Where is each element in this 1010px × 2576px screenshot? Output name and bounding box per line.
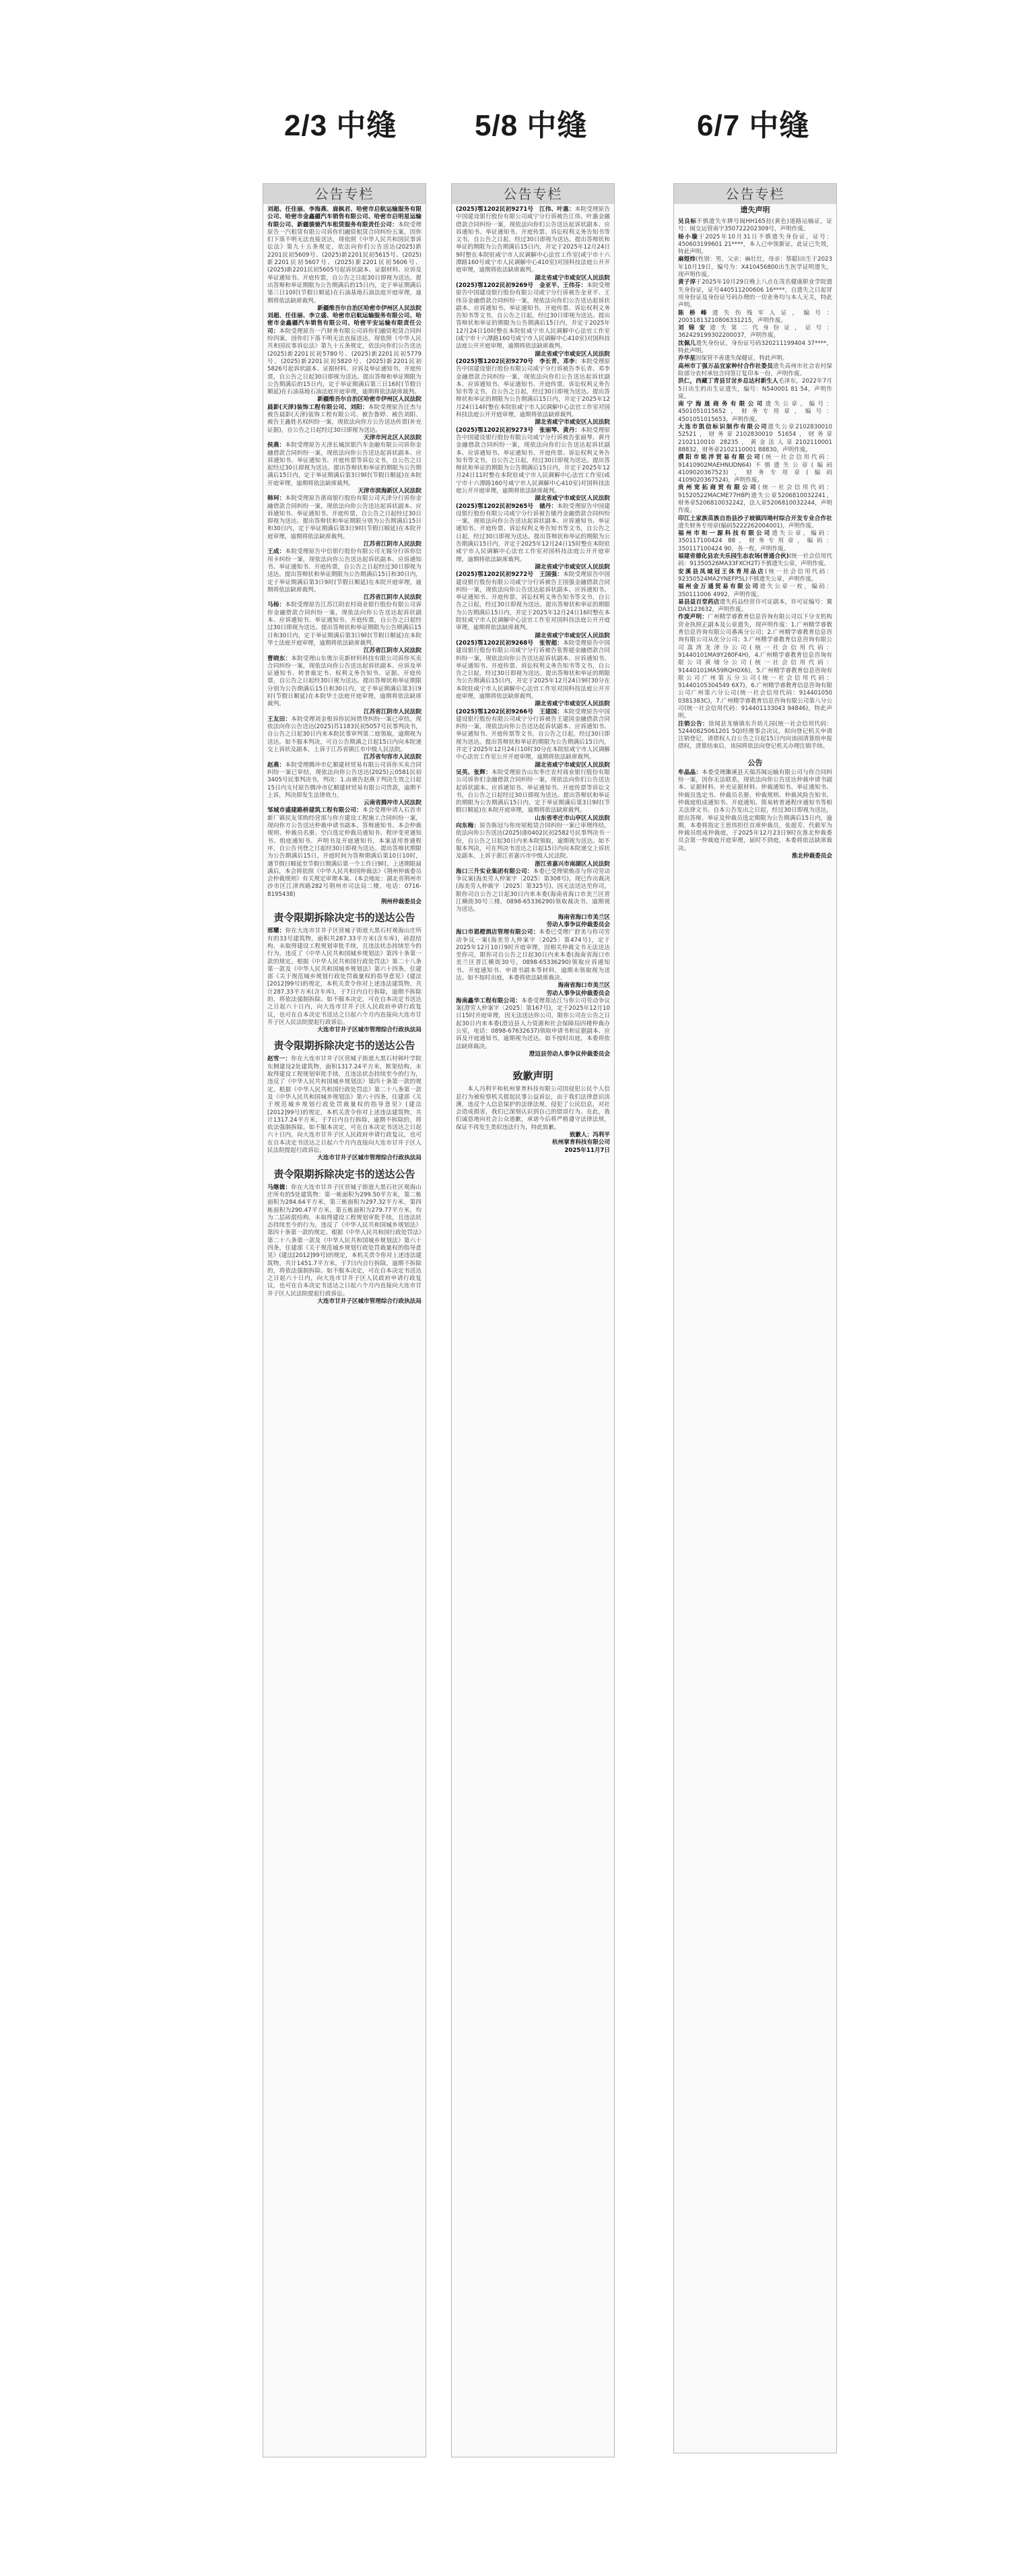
notice-addressee: 吴英、张辉： — [456, 769, 492, 776]
notice-text: 本院受理原告中国建设银行股份有限公司咸宁分行诉被告张智超金融借款合同纠纷一案，现… — [456, 640, 610, 700]
column-header: 公告专栏 — [674, 184, 836, 204]
notice-item: 责令限期拆除决定书的送达公告赵雪一：你在大连市甘井子区营城子街道大黑石村韩叶学院… — [267, 1037, 422, 1162]
notice-signature: 浙江省嘉兴市南湖区人民法院 — [456, 861, 610, 868]
notice-addressee: 晨影(天津)装饰工程有限公司、刘阳： — [267, 404, 368, 411]
notice-signature: 湖北省咸宁市咸安区人民法院 — [456, 564, 610, 571]
notice-addressee: 安溪县凤城冠王体育用品店 — [678, 569, 765, 575]
notice-signature: 澄迈县劳动人事争议仲裁委员会 — [456, 1051, 610, 1058]
notice-addressee: 黄子淳 — [678, 279, 696, 286]
notice-item: 马杨：本院受理原告江苏江阴农村商业银行股份有限公司诉你金融借款合同纠纷一案，现依… — [267, 602, 422, 655]
notice-item: 洪仁，西藏丁青县甘岔乡总达村新生人毛泽东，2022年7月5日出生的出生证遗失，编… — [678, 378, 832, 401]
notice-item: 刘锦安遗失第二代身份证，证号：362429199302200037，声明作废。 — [678, 325, 832, 340]
notice-item: 韩珂：本院受理原告浙商银行股份有限公司天津分行诉你金融借款合同纠纷一案，现依法向… — [267, 495, 422, 548]
notice-addressee: 注销公告： — [678, 721, 708, 728]
notice-signature: 湖北省咸宁市咸安区人民法院 — [456, 633, 610, 640]
notice-item: 向东梅：原告陈冠与你房屋租赁合同纠纷一案已审理终结，依法向你公告送达(2025)… — [456, 823, 610, 868]
notice-signature: 天津市滨海新区人民法院 — [267, 488, 422, 495]
notice-addressee: 赵雪一： — [267, 1056, 291, 1062]
lost-statement-title: 遗失声明 — [674, 204, 836, 216]
notice-signature: 山东省枣庄市山亭区人民法院 — [456, 815, 610, 823]
notice-text: 本院受理原告中国建设银行股份有限公司咸宁分行诉被告储丹金融借款合同纠纷一案，现依… — [456, 503, 610, 563]
notice-text: 你在大连市甘井子区营城子街道大黑石社区观海山庄所有的5处建筑物：第一栋面积为29… — [267, 1184, 422, 1297]
notice-item: 晨影(天津)装饰工程有限公司、刘阳：本院受理原告汪杰与被告晨影(天津)装饰工程有… — [267, 404, 422, 442]
notice-addressee: 杨小璇 — [678, 234, 698, 240]
notice-item: 海口三升实业集团有限公司：本委已受理梁焕彦与你司劳动争议案(海美劳人仲案字〔20… — [456, 868, 610, 929]
column-body: 刘超、任佳丽、李海燕、鹿枫君、哈密市启航运输服务有限公司、哈密市金鑫疆汽车销售有… — [263, 204, 426, 1310]
notice-addressee: 吴良标 — [678, 218, 696, 225]
notice-item: 陈桥峰遗失伤残军人证，编号：20031813210806331215，声明作废。 — [678, 310, 832, 325]
column-title-5-8: 5/8 中缝 — [475, 101, 587, 144]
notice-item: 吴英、张辉：本院受理原告山东枣庄农村商业银行股份有限公司诉你们金融借款合同纠纷一… — [456, 769, 610, 823]
notice-addressee: 南宁海晟商务有限公司 — [678, 401, 766, 408]
notice-text: 本会受理申请人石首市新厂镇民友邻购经营部与你方建设工程施工合同纠纷一案，现向你方… — [267, 807, 422, 897]
notice-text: 本院受理原告天津长城滨银汽车金融有限公司诉你金融借款合同纠纷一案，现依法向你公告… — [267, 442, 422, 486]
notice-addressee: 王友田： — [267, 716, 291, 723]
notice-addressee: 濮阳市铭泮贸易有限公司 — [678, 454, 762, 461]
column-title-2-3: 2/3 中缝 — [284, 101, 397, 144]
notice-item: 高州市丁强万品宜家种付合作社委员遗失高州市社会农村保险部分农村承包合同签订复印本… — [678, 363, 832, 379]
notice-text: 本委受理濉溪县天瑞苏闽运输有限公司与你合同纠纷一案，因你无法联系，现依法向你公告… — [678, 769, 832, 852]
column-body: (2025)鄂1202民初9271号 江伟、叶惠：本院受理原告中国建设银行股份有… — [452, 204, 614, 1062]
notice-item: 黄子淳于2025年10月29日晚上八点在茂名健康职业学院遗失身份证，证号4405… — [678, 279, 832, 309]
notice-signature: 大连市甘井子区城市管理综合行政执法局 — [267, 1027, 422, 1034]
notice-text: (性别：男，父亲：麻壮壮，母亲：蔡聪)出生于2023年10月19日，编号为：X4… — [678, 256, 832, 278]
notice-addressee: (2025)鄂1202民初9270号 李长青、邓李： — [456, 358, 580, 365]
notice-signature: 云南省腾冲市人民法院 — [267, 800, 422, 807]
notice-column-left: 公告专栏 刘超、任佳丽、李海燕、鹿枫君、哈密市启航运输服务有限公司、哈密市金鑫疆… — [263, 183, 426, 2457]
notice-addressee: 福建省德化县农夫乐园生态农场(普通合伙) — [678, 553, 789, 560]
notice-addressee: 福州金万通贸易有限公司 — [678, 583, 760, 590]
notice-text: 本委已受理广舒美与你司劳动争议一案(海美劳人仲案字〔2025〕第474号)，定于… — [456, 929, 610, 981]
notice-text: 不慎遗失车牌号闽HH165挂(黄色)道路运输证，证号：闽交运管南字3507222… — [678, 218, 832, 232]
notice-item: 吴良标不慎遗失车牌号闽HH165挂(黄色)道路运输证，证号：闽交运管南字3507… — [678, 218, 832, 234]
notice-text: 你在大连市甘井子区营城子街道大黑石村观海山庄所有的33号建筑物，面积共287.3… — [267, 928, 422, 1026]
notice-item: 濮阳市铭泮贸易有限公司(统一社会信用代码：91410902MAEHNUDN64)… — [678, 454, 832, 484]
column-body: 吴良标不慎遗失车牌号闽HH165挂(黄色)道路运输证，证号：闽交运管南字3507… — [674, 216, 836, 755]
notice-text: 遗失身份证，身份证号码320211199404 37****，特此声明。 — [678, 340, 832, 354]
notice-section-title: 责令限期拆除决定书的送达公告 — [267, 1165, 422, 1183]
notice-signature: 新疆维吾尔自治区哈密市伊州区人民法院 — [267, 305, 422, 313]
notice-item: 安溪县凤城冠王体育用品店(统一社会信用代码：92350524MA2YNEFP5L… — [678, 569, 832, 584]
notice-addressee: 麻煜炜 — [678, 256, 696, 263]
notice-addressee: 邹城市盛建路桥建筑工程有限公司： — [267, 807, 362, 814]
notice-signature: 荆州仲裁委员会 — [267, 899, 422, 906]
notice-text: 本委受理郑达江与你公司劳动争议案(澄劳人仲案字〔2025〕第167号)，定于20… — [456, 998, 610, 1050]
apology-text: 本人冯利平和杭州掌育科技有限公司因侵犯公民个人信息行为被检察机关提起民事公益诉讼… — [456, 1086, 610, 1132]
apology-statement: 致歉声明 本人冯利平和杭州掌育科技有限公司因侵犯公民个人信息行为被检察机关提起民… — [452, 1062, 614, 1159]
notice-item: 大连市凯信标识制作有限公司遗失公章2102830010 52521，财务章210… — [678, 424, 832, 454]
notice-addressee: 作废声明： — [678, 614, 708, 620]
notice-addressee: 马继德： — [267, 1184, 291, 1191]
notice-section-title: 责令限期拆除决定书的送达公告 — [267, 1037, 422, 1054]
apology-title: 致歉声明 — [456, 1067, 610, 1085]
notice-addressee: 海南鑫华工程有限公司： — [456, 998, 521, 1004]
notice-addressee: 赵燕： — [267, 762, 285, 769]
notice-addressee: 印江土家族苗族自治县沙子坡镇四坳村综合开发专业合作社 — [678, 515, 832, 522]
apology-date: 2025年11月7日 — [456, 1147, 610, 1155]
column-title-6-7: 6/7 中缝 — [697, 101, 809, 144]
column-header: 公告专栏 — [263, 184, 426, 204]
notice-item: 南宁海晟商务有限公司遗失公章，编号：4501051015652，财务专用章，编号… — [678, 401, 832, 424]
notice-text: 本院受理原告中国建设银行股份有限公司咸宁分行诉被告王建国金融借款合同纠纷一案，现… — [456, 709, 610, 761]
notice-signature: 江苏省江阴市人民法院 — [267, 709, 422, 716]
notice-item: (2025)鄂1202民初9273号 张丽琴、黄丹：本院受理原告中国建设银行股份… — [456, 427, 610, 503]
notice-item: 刘超、任佳丽、李海燕、鹿枫君、哈密市启航运输服务有限公司、哈密市金鑫疆汽车销售有… — [267, 206, 422, 313]
notice-item: 注销公告：徐闻县龙塘镇东升幼儿园(统一社会信用代码：52440825061201… — [678, 721, 832, 751]
notice-signature: 淮北仲裁委员会 — [678, 853, 832, 860]
notice-signature: 江苏省江阴市人民法院 — [267, 541, 422, 548]
notice-item: (2025)鄂1202民初9270号 李长青、邓李：本院受理原告中国建设银行股份… — [456, 358, 610, 427]
notice-signature: 湖北省咸宁市咸安区人民法院 — [456, 701, 610, 708]
notice-column-right: 公告专栏 遗失声明 吴良标不慎遗失车牌号闽HH165挂(黄色)道路运输证，证号：… — [673, 183, 837, 2453]
notice-addressee: 乔华星 — [678, 355, 696, 362]
notice-addressee: 陈桥峰 — [678, 310, 712, 317]
notice-signature: 大连市甘井子区城市管理综合行政执法局 — [267, 1155, 422, 1162]
notice-addressee: (2025)鄂1202民初9273号 张丽琴、黄丹： — [456, 427, 580, 434]
notice-signature: 天津市河北区人民法院 — [267, 434, 422, 442]
notice-item: (2025)鄂1202民初9269号 金亚平、王伟芬：本院受理原告中国建设银行股… — [456, 282, 610, 358]
notice-addressee: (2025)鄂1202民初9268号 张智超： — [456, 640, 563, 647]
notice-addressee: 马杨： — [267, 602, 285, 608]
notice-addressee: 大连市凯信标识制作有限公司 — [678, 424, 768, 430]
notice-signature: 海南省海口市美兰区 劳动人事争议仲裁委员会 — [456, 982, 610, 998]
notice-addressee: (2025)鄂1202民初9266号 王建国： — [456, 709, 563, 715]
notice-text: 本院受理原告中国建设银行股份有限公司咸宁分行诉被告张丽琴、黄丹金融借款合同纠纷一… — [456, 427, 610, 494]
notice-addressee: 海口市恩橙酒店管理有限公司： — [456, 929, 539, 936]
notice-item: (2025)鄂1202民初9266号 王建国：本院受理原告中国建设银行股份有限公… — [456, 709, 610, 769]
notice-text: 本院受理原告中国建设银行股份有限公司咸宁分行诉被告李长青、邓李金融借款合同纠纷一… — [456, 358, 610, 418]
notice-addressee: 贵州宽拓商贸有限公司 — [678, 484, 758, 491]
notice-text: 本院受理刘金根诉你民间借贷纠纷一案已审结，现依法向你公告送达(2025)苏118… — [267, 716, 422, 753]
notice-text: 于2025年10月31日不慎遗失身份证，证号：450603199601 21**… — [678, 234, 832, 256]
notice-item: (2025)鄂1202民初9265号 储丹：本院受理原告中国建设银行股份有限公司… — [456, 503, 610, 572]
notice-item: 易县益百堂药店遗失药品经营许可证副本，许可证编号：冀DA3123632，声明作废… — [678, 599, 832, 614]
notice-item: 福建省德化县农夫乐园生态农场(普通合伙)(统一社会信用代码：91350526MA… — [678, 553, 832, 569]
notice-addressee: 高州市丁强万品宜家种付合作社委员 — [678, 363, 773, 370]
notice-text: 原告陈冠与你房屋租赁合同纠纷一案已审理终结，依法向你公告送达(2025)浙040… — [456, 823, 610, 860]
notice-item: 王友田：本院受理刘金根诉你民间借贷纠纷一案已审结，现依法向你公告送达(2025)… — [267, 716, 422, 762]
apology-signer: 致歉人：冯利平 — [456, 1132, 610, 1139]
notice-signature: 江苏省句容市人民法院 — [267, 754, 422, 761]
notice-text: 本院受理原告中国建设银行股份有限公司咸宁分行诉被告王国强金融借款合同纠纷一案，现… — [456, 571, 610, 631]
notice-title: 公告 — [678, 757, 832, 769]
notice-text: 本院受理原告中国建设银行股份有限公司咸宁分行诉被告金亚平、王伟芬金融借款合同纠纷… — [456, 282, 610, 350]
notice-text: 于2025年10月29日晚上八点在茂名健康职业学院遗失身份证，证号4405112… — [678, 279, 832, 309]
notice-item: 侯燕：本院受理原告天津长城滨银汽车金融有限公司诉你金融借款合同纠纷一案，现依法向… — [267, 442, 422, 495]
notice-text: 广州精学睿教育信息咨询有限公司以下分支机构营业执照正副本及公章遗失，现声明作废：… — [678, 614, 832, 719]
notice-column-middle: 公告专栏 (2025)鄂1202民初9271号 江伟、叶惠：本院受理原告中国建设… — [451, 183, 615, 2457]
notice-signature: 海南省海口市美兰区 劳动人事争议仲裁委员会 — [456, 914, 610, 930]
notice-addressee: (2025)鄂1202民初9265号 储丹： — [456, 503, 557, 510]
notice-addressee: 韩珂： — [267, 495, 285, 502]
notice-item: 曹晓东：本院受理山东奥尔克新材料科技有限公司诉你买卖合同纠纷一案，现依法向你公告… — [267, 655, 422, 716]
notice-text: 本院受理原告中国建设银行股份有限公司咸宁分行诉被告江伟、叶惠金融借款合同纠纷一案… — [456, 206, 610, 273]
arbitration-notice: 公告 牟晶晶：本委受理濉溪县天瑞苏闽运输有限公司与你合同纠纷一案，因你无法联系，… — [674, 755, 836, 865]
notice-addressee: 邢耀： — [267, 928, 285, 934]
notice-item: (2025)鄂1202民初9271号 江伟、叶惠：本院受理原告中国建设银行股份有… — [456, 206, 610, 282]
notice-item: 海南鑫华工程有限公司：本委受理郑达江与你公司劳动争议案(澄劳人仲案字〔2025〕… — [456, 998, 610, 1058]
notice-signature: 湖北省咸宁市咸安区人民法院 — [456, 275, 610, 282]
notice-signature: 湖北省咸宁市咸安区人民法院 — [456, 419, 610, 426]
notice-item: 刘超、任佳丽、李立盛、哈密市启航运输服务有限公司、哈密市金鑫疆汽车销售有限公司、… — [267, 313, 422, 404]
notice-section-title: 责令限期拆除决定书的送达公告 — [267, 909, 422, 926]
notice-item: 贵州宽拓商贸有限公司(统一社会信用代码：91520522MACME77H8P)遗… — [678, 484, 832, 515]
notice-signature: 新疆维吾尔自治区哈密市伊州区人民法院 — [267, 396, 422, 404]
notice-item: 赵燕：本院受理腾冲市亿顺建材贸易有限公司诉你买卖合同纠纷一案已审结，现依法向你公… — [267, 762, 422, 808]
notice-addressee: 洪仁，西藏丁青县甘岔乡总达村新生人 — [678, 378, 778, 385]
notice-addressee: 刘锦安 — [678, 325, 710, 331]
notice-text: 本院受理原告中信银行股份有限公司无锡分行诉你信用卡纠纷一案，现依法向你公告送达起… — [267, 548, 422, 593]
notice-addressee: 海口三升实业集团有限公司： — [456, 868, 533, 875]
notice-item: 乔华星因保管不善遗失保健证，特此声明。 — [678, 355, 832, 362]
notice-addressee: 向东梅： — [456, 823, 479, 829]
notice-signature: 湖北省咸宁市咸安区人民法院 — [456, 762, 610, 769]
notice-text: 本院受理原告一汽财务有限公司诉你们融资租赁合同纠纷四案，因你们下落不明无法直接送… — [267, 328, 422, 395]
notice-item: 印江土家族苗族自治县沙子坡镇四坳村综合开发专业合作社遗失财务专用章(编码5222… — [678, 515, 832, 531]
notice-signature: 大连市甘井子区城市管理综合行政执法局 — [267, 1298, 422, 1306]
notice-signature: 湖北省咸宁市咸安区人民法院 — [456, 495, 610, 503]
notice-item: 责令限期拆除决定书的送达公告马继德：你在大连市甘井子区营城子街道大黑石社区观海山… — [267, 1165, 422, 1306]
notice-text: 因保管不善遗失保健证，特此声明。 — [696, 355, 788, 362]
apology-company: 杭州掌育科技有限公司 — [456, 1139, 610, 1147]
notice-text: 本院受理原告一汽租赁有限公司诉你们融资租赁合同纠纷五案，因你们下落不明无法直接送… — [267, 222, 422, 304]
notice-item: (2025)鄂1202民初9272号 王国强：本院受理原告中国建设银行股份有限公… — [456, 571, 610, 640]
notice-signature: 江苏省江阴市人民法院 — [267, 647, 422, 655]
notice-item: 福州市和一源科技有限公司遗失公章，编码：350117100424 88，财务专用… — [678, 530, 832, 553]
notice-item: 福州金万通贸易有限公司遗失公章一枚，编码：350111006 4992，声明作废… — [678, 583, 832, 599]
notice-text: 遗失财务专用章(编码5222262004001)，声明作废。 — [678, 523, 817, 529]
column-header: 公告专栏 — [452, 184, 614, 204]
notice-signature: 江苏省江阴市人民法院 — [267, 594, 422, 602]
notice-item: 沈佩儿遗失身份证，身份证号码320211199404 37****，特此声明。 — [678, 340, 832, 356]
notice-addressee: (2025)鄂1202民初9272号 王国强： — [456, 571, 563, 578]
notice-item: (2025)鄂1202民初9268号 张智超：本院受理原告中国建设银行股份有限公… — [456, 640, 610, 709]
notice-addressee: 易县益百堂药店 — [678, 599, 720, 606]
notice-addressee: 王成： — [267, 548, 285, 555]
notice-item: 海口市恩橙酒店管理有限公司：本委已受理广舒美与你司劳动争议一案(海美劳人仲案字〔… — [456, 929, 610, 998]
notice-text: 本院受理原告江苏江阴农村商业银行股份有限公司诉你金融借款合同纠纷一案，现依法向你… — [267, 602, 422, 646]
notice-item: 杨小璇于2025年10月31日不慎遗失身份证，证号：450603199601 2… — [678, 234, 832, 257]
notice-addressee: (2025)鄂1202民初9269号 金亚平、王伟芬： — [456, 282, 586, 289]
notice-addressee: 侯燕： — [267, 442, 285, 449]
notice-addressee: (2025)鄂1202民初9271号 江伟、叶惠： — [456, 206, 575, 213]
notice-addressee: 福州市和一源科技有限公司 — [678, 530, 772, 537]
notice-text: 本院受理原告浙商银行股份有限公司天津分行诉你金融借款合同纠纷一案，现依法向你公告… — [267, 495, 422, 540]
notice-item: 责令限期拆除决定书的送达公告邢耀：你在大连市甘井子区营城子街道大黑石村观海山庄所… — [267, 909, 422, 1034]
notice-signature: 湖北省咸宁市咸安区人民法院 — [456, 351, 610, 358]
notice-text: 本院受理山东奥尔克新材料科技有限公司诉你买卖合同纠纷一案，现依法向你公告送达起诉… — [267, 655, 422, 708]
notice-item: 麻煜炜(性别：男，父亲：麻壮壮，母亲：蔡聪)出生于2023年10月19日，编号为… — [678, 256, 832, 279]
notice-item: 王成：本院受理原告中信银行股份有限公司无锡分行诉你信用卡纠纷一案，现依法向你公告… — [267, 548, 422, 602]
notice-text: 本院受理腾冲市亿顺建材贸易有限公司诉你买卖合同纠纷一案已审结，现依法向你公告送达… — [267, 762, 422, 799]
notice-addressee: 牟晶晶： — [678, 769, 702, 776]
notice-addressee: 沈佩儿 — [678, 340, 696, 347]
notice-addressee: 曹晓东： — [267, 655, 291, 662]
notice-item: 邹城市盛建路桥建筑工程有限公司：本会受理申请人石首市新厂镇民友邻购经营部与你方建… — [267, 807, 422, 906]
notice-text: 你在大连市甘井子区营城子街道大黑石村韩叶学院东侧建设2处建筑物，面积1317.2… — [267, 1056, 422, 1154]
notice-item: 作废声明：广州精学睿教育信息咨询有限公司以下分支机构营业执照正副本及公章遗失，现… — [678, 614, 832, 720]
